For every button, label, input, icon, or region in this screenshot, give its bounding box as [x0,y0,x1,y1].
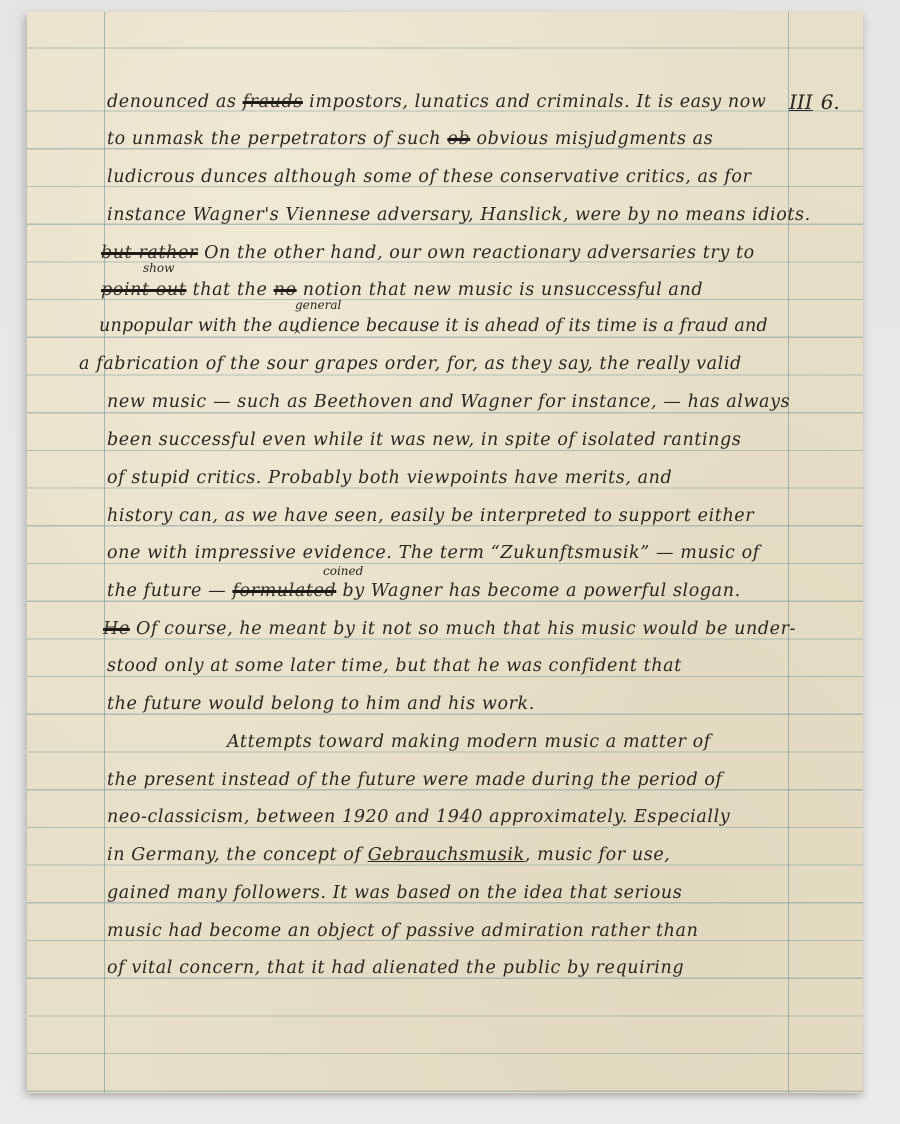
left-margin-line [104,12,105,1093]
section-number: 6. [821,90,840,114]
manuscript-text-continued: it to marvel at its high-brow complexiti… [107,12,807,1093]
